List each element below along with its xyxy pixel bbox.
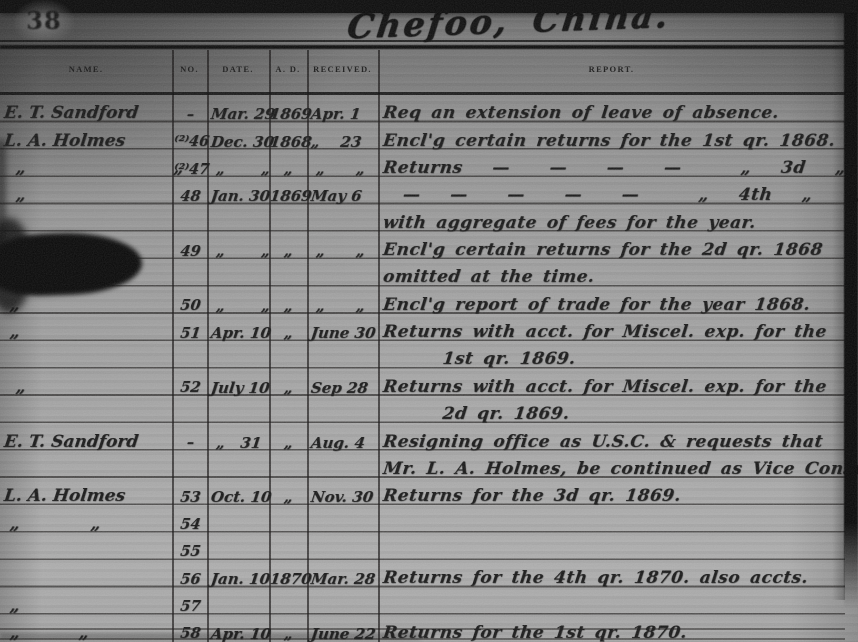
year-cell: „ [269, 162, 308, 177]
report-cell: Returns for the 3d qr. 1869. [382, 488, 844, 505]
name-cell: E. T. Sandford [3, 105, 173, 122]
name-cell: „ „ [3, 516, 173, 533]
ledger-row: 55 [0, 533, 845, 560]
column-header-name: NAME. [0, 49, 172, 89]
number-cell: 56 [173, 573, 208, 588]
received-cell: May 6 [310, 189, 379, 204]
year-cell: „ [269, 326, 308, 341]
number-cell: 52 [173, 381, 208, 396]
received-cell: „ 23 [310, 135, 379, 150]
report-cell: Encl'g certain returns for the 2d qr. 18… [382, 242, 844, 259]
name-cell: „ [3, 324, 173, 341]
ledger-row: „ 51 Apr. 10 „ June 30 Returns with acct… [0, 314, 845, 341]
name-cell: „ [3, 598, 173, 615]
column-header-received: RECEIVED. [307, 49, 378, 89]
report-cell: 2d qr. 1869. [382, 406, 844, 423]
report-cell: Returns with acct. for Miscel. exp. for … [382, 324, 844, 341]
received-cell: Nov. 30 [310, 490, 379, 505]
ledger-row: „ „ 54 [0, 505, 845, 532]
report-cell: Returns with acct. for Miscel. exp. for … [382, 379, 844, 396]
scan-border-right [844, 0, 858, 608]
date-cell: Mar. 29 [210, 107, 270, 122]
ledger-row: L. A. Holmes ⁽²⁾46 Dec. 30 1868 „ 23 Enc… [0, 122, 845, 149]
number-cell: 55 [173, 545, 208, 560]
ledger-row: 1st qr. 1869. [0, 341, 845, 368]
date-cell: Jan. 10 [210, 572, 270, 587]
year-cell: „ [269, 299, 308, 314]
name-cell: „ [3, 187, 173, 204]
ledger-row: 56 Jan. 10 1870 Mar. 28 Returns for the … [0, 560, 845, 587]
name-cell: L. A. Holmes [3, 133, 173, 150]
report-cell: omitted at the time. [382, 269, 844, 286]
name-cell: „ [3, 379, 173, 396]
ledger-row: E. T. Sandford – „ 31 „ Aug. 4 Resigning… [0, 423, 845, 450]
date-cell: July 10 [210, 381, 270, 396]
received-cell: „ „ [310, 299, 379, 314]
table-header-row: NAME. NO. DATE. A. D. RECEIVED. REPORT. [0, 49, 845, 95]
ledger-row: L. A. Holmes 53 Oct. 10 „ Nov. 30 Return… [0, 478, 845, 505]
column-header-ad: A. D. [269, 49, 307, 89]
number-cell: 49 [173, 245, 208, 260]
ledger-row: „ „ ⁽²⁾47 „ „ „ „ „ Returns — — — — „ 3d… [0, 150, 845, 177]
date-cell: Apr. 10 [210, 326, 270, 341]
ledger-row: „ 48 Jan. 30 1869 May 6 — — — — — „ 4th … [0, 177, 845, 204]
received-cell: Mar. 28 [310, 572, 379, 587]
column-header-date: DATE. [207, 49, 269, 89]
received-cell: „ „ [310, 244, 379, 259]
column-header-report: REPORT. [378, 49, 845, 89]
report-cell: Resigning office as U.S.C. & requests th… [382, 434, 844, 451]
number-cell: – [173, 436, 208, 451]
date-cell: „ „ [210, 244, 270, 259]
date-cell: Dec. 30 [210, 135, 270, 150]
year-cell: 1870 [269, 572, 308, 587]
year-cell: „ [269, 490, 308, 505]
date-cell: „ 31 [210, 436, 270, 451]
number-cell: ⁽²⁾46 [173, 135, 208, 150]
date-cell: „ „ [210, 162, 270, 177]
date-cell: Jan. 30 [210, 189, 270, 204]
report-cell: Returns for the 4th qr. 1870. also accts… [382, 570, 844, 587]
name-cell: „ „ [3, 160, 173, 177]
ledger-page: 38 Chefoo, China. NAME. NO. DATE. A. D. … [0, 0, 858, 642]
number-cell: 57 [173, 600, 208, 615]
scan-artifact-bottom [0, 634, 420, 639]
received-cell: June 30 [310, 326, 379, 341]
page-number: 38 [14, 0, 74, 40]
year-cell: „ [269, 244, 308, 259]
name-cell: E. T. Sandford [3, 434, 173, 451]
report-cell: Returns for the 1st qr. 1870. [382, 625, 844, 642]
name-cell: „ [3, 297, 173, 314]
scan-border-top [0, 0, 858, 13]
report-cell: 1st qr. 1869. [382, 351, 844, 368]
column-header-no: NO. [172, 49, 207, 89]
ledger-row: Mr. L. A. Holmes, be continued as Vice C… [0, 451, 845, 478]
year-cell: „ [269, 381, 308, 396]
number-cell: 51 [173, 327, 208, 342]
number-cell: 54 [173, 518, 208, 533]
date-cell: „ „ [210, 299, 270, 314]
ledger-row: 2d qr. 1869. [0, 396, 845, 423]
number-cell: 50 [173, 299, 208, 314]
report-cell: Req an extension of leave of absence. [382, 105, 844, 122]
year-cell: „ [269, 436, 308, 451]
rows-layer: E. T. Sandford – Mar. 29 1869 Apr. 1 Req… [0, 95, 845, 642]
report-cell: Encl'g certain returns for the 1st qr. 1… [382, 133, 844, 150]
received-cell: Sep 28 [310, 381, 379, 396]
number-cell: – [173, 108, 208, 123]
report-cell: — — — — — „ 4th „ „ [382, 187, 844, 204]
received-cell: Apr. 1 [310, 107, 379, 122]
report-cell: Returns — — — — „ 3d „ „ [382, 160, 844, 177]
number-cell: 53 [173, 491, 208, 506]
received-cell: „ „ [310, 162, 379, 177]
report-cell: with aggregate of fees for the year. [382, 215, 844, 232]
received-cell: Aug. 4 [310, 436, 379, 451]
ledger-row: with aggregate of fees for the year. [0, 204, 845, 231]
name-cell: L. A. Holmes [3, 488, 173, 505]
year-cell: 1869 [269, 189, 308, 204]
ledger-row: „ 57 [0, 587, 845, 614]
report-cell: Encl'g report of trade for the year 1868… [382, 297, 844, 314]
report-cell: Mr. L. A. Holmes, be continued as Vice C… [382, 461, 844, 478]
ledger-row: E. T. Sandford – Mar. 29 1869 Apr. 1 Req… [0, 95, 845, 122]
date-cell: Oct. 10 [210, 490, 270, 505]
year-cell: 1869 [269, 107, 308, 122]
ledger-row: „ 52 July 10 „ Sep 28 Returns with acct.… [0, 369, 845, 396]
number-cell: ⁽²⁾47 [173, 163, 208, 178]
year-cell: 1868 [269, 135, 308, 150]
ledger-row: „ 50 „ „ „ „ „ Encl'g report of trade fo… [0, 286, 845, 313]
number-cell: 48 [173, 190, 208, 205]
